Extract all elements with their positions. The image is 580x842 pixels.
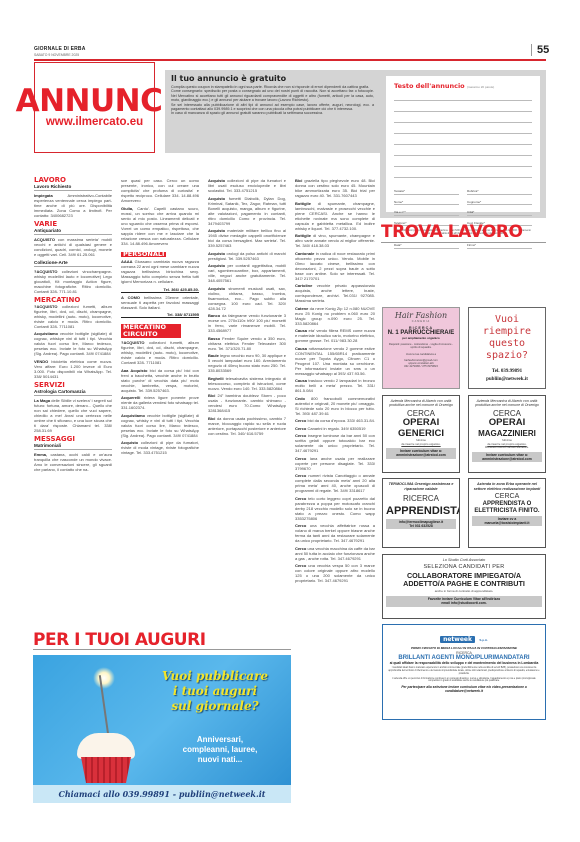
classified-ad: Bici da donna usata pochissimo, cambio 7… <box>208 416 286 436</box>
classified-ad: Acquistiamo vecchie bottiglie (sigillate… <box>34 331 112 356</box>
job-requirement: Richiesto utilizzo carrello elevatore. <box>472 446 542 449</box>
category-mercatino: MERCATINO <box>34 298 112 303</box>
masthead: GIORNALE DI ERBA SABATO 9 NOVEMBRE 2025 <box>34 46 86 57</box>
ad-text-line[interactable] <box>394 101 532 112</box>
ad-space-available[interactable]: Vuoi riempire questo spazio? Tel. 039.99… <box>468 307 546 389</box>
job-role: APPRENDISTA O ELETTRICISTA FINITO. <box>472 501 542 514</box>
job-role: ADDETTO/A PAGHE E CONTRIBUTI <box>386 580 542 588</box>
job-offer: L'azienda offre un percorso di formazion… <box>388 678 540 684</box>
ad-text-line[interactable] <box>394 167 532 178</box>
testata-field[interactable]: Testata* <box>394 184 459 195</box>
classified-ad: Acquistiamo vecchie bottiglie (sigillate… <box>121 413 199 438</box>
ricerca-label: RICERCA <box>386 494 456 503</box>
cognome-field[interactable]: Cognome* <box>467 195 532 206</box>
issue-date: SABATO 9 NOVEMBRE 2025 <box>34 53 86 57</box>
classified-ad-continued: sce quasi per caso. Cerco un uomo presen… <box>121 178 199 203</box>
subcategory-lavoro-richiesto: Lavoro Richiesto <box>34 184 112 191</box>
classified-ad: Acquisto collezioni di pipe da fumatori,… <box>121 440 199 455</box>
job-sub: per ampliamento organico <box>386 336 456 340</box>
classified-ad: ?ACQUISTO collezioni fumetti, album figu… <box>34 304 112 329</box>
info-paragraph: Come consegnarlo: spediscilo per posta o… <box>171 89 374 102</box>
classified-ad: Causa eta' vendo filiera REMS come nuova… <box>295 328 375 343</box>
apply-band[interactable]: Inviare curriculum vitae a: amministrazi… <box>386 448 456 458</box>
category-messaggi: MESSAGGI <box>34 437 112 442</box>
apply-band[interactable]: info@termoclimapugliese.it Tel 031 63252… <box>386 519 456 529</box>
ad-text-line[interactable] <box>394 145 532 156</box>
classified-ad: Cerco bici da corsa d'epoca. 333/ 463.31… <box>295 418 375 423</box>
apply-band[interactable]: Inviare curriculum vitae a: amministrazi… <box>472 452 542 462</box>
column-2: sce quasi per caso. Cerco un uomo presen… <box>121 178 199 458</box>
ad-coupon-form: Testo dell'annuncio (massimo 20 parole) … <box>386 76 540 212</box>
classified-ad: Acquisto strumenti musicali usati, sax, … <box>208 286 286 311</box>
apply-cta[interactable]: Per partecipare alla selezione inviare c… <box>388 685 540 693</box>
category-mercatino-circuito: MERCATINO CIRCUITO <box>121 324 181 338</box>
rubrica-field[interactable]: Rubrica* <box>467 184 532 195</box>
classified-ad: Cedo 800 francobolli commemorativi auten… <box>295 396 375 416</box>
netweek-logo: netweek <box>440 636 475 643</box>
ad-text-line[interactable] <box>394 90 532 101</box>
classified-ad: Acquisto fumetti Diabolik, Dylan Dog, Kr… <box>208 196 286 226</box>
classified-ad: Cerco insegne luminose da bar anni 50 co… <box>295 433 375 453</box>
classified-ad: Giulia, Cantu'. Capelli castano scuro, m… <box>121 206 199 246</box>
classified-ad: Cerco lana anche usata per realizzare co… <box>295 456 375 471</box>
auguri-heading: PER I TUOI AUGURI <box>33 630 206 650</box>
classified-ad: La Maga delle Sibille vi svelera' i segr… <box>34 398 112 433</box>
job-note: anche in forma di contratto di apprendis… <box>386 589 542 593</box>
job-role: APPRENDISTA <box>386 505 456 517</box>
classified-ad: Causa rottamazione vendo 2 gomme estive … <box>295 346 375 376</box>
subcategory-matrimoniali: Matrimoniali <box>34 443 112 450</box>
classified-ad: Bottiglie di vino, spumante, champagne e… <box>295 233 375 248</box>
phone-number: Tel. 366/ 425.85.30. <box>121 287 199 293</box>
hair-fashion-logo: Hair Fashion <box>386 311 456 320</box>
job-responsibility: ai quali affidare la responsabilità dell… <box>388 661 540 665</box>
ad-text-line[interactable] <box>394 156 532 167</box>
company-intro: TERMOCLIMA Orsenigo assistenza e riparaz… <box>386 482 456 492</box>
hair-brand-sub: CAMERIA <box>386 320 456 323</box>
space-line: Vuoi riempire <box>472 314 542 338</box>
sparkler-icon <box>93 667 115 689</box>
classified-ad: Bici graziella tipo pieghevole euro 48. … <box>295 178 375 198</box>
classified-ad: Catene da neve Konig Zip 12 n.080 NUOVE … <box>295 306 375 326</box>
classified-ad: AAAA Giussano cambiata nuova ragazza cor… <box>121 259 199 284</box>
free-ad-info: Il tuo annuncio è gratuito Compila quest… <box>165 70 380 153</box>
job-role: OPERAI <box>472 418 542 429</box>
classified-ad: Causa trasloco vendo 2 lampadari in bron… <box>295 378 375 393</box>
via-field[interactable]: Via e n°* <box>394 205 459 216</box>
column-4: Bici graziella tipo pieghevole euro 48. … <box>295 178 375 586</box>
column-3: Acquisto collezioni di pipe da fumatori … <box>208 178 286 438</box>
classified-ad: Cerco numeri rivista Canottaggio o annat… <box>295 473 375 493</box>
job-note: da inserire nel proprio organico. <box>401 442 440 446</box>
banner-contact[interactable]: Chiamaci allo 039.99891 - publiin@netwee… <box>33 785 291 803</box>
classified-ad: Aaa Acquisto bici da corsa piu' bici con… <box>121 368 199 393</box>
ad-studio-corti[interactable]: Lo Studio Corti Associato SELEZIONA CAND… <box>382 554 546 619</box>
classified-ad: Beghelli telesalvavita sistema integrato… <box>208 376 286 391</box>
citta-field[interactable]: Città* <box>467 205 532 216</box>
classified-ad: Acquisto collezioni di pipe da fumatori … <box>208 178 286 193</box>
annunci-title: ANNUNCI <box>16 86 174 116</box>
company-intro: Azienda Meccanica di Alserio con unità p… <box>386 399 456 407</box>
website-link[interactable]: www.ilmercato.eu <box>46 116 143 129</box>
category-personali: PERSONALI <box>121 252 166 257</box>
company-intro: Lo Studio Corti Associato <box>386 558 542 562</box>
subcategory-antiquariato: Antiquariato <box>34 228 112 235</box>
classified-ad: Cerco una vecchia affettatrice rossa a v… <box>295 523 375 543</box>
nome-field[interactable]: Nome* <box>394 195 459 206</box>
classified-ad: ACQUISTO con massima serieta' mobili vec… <box>34 237 112 257</box>
header-divider <box>34 59 546 61</box>
classified-ad: Acquerelli riviera ligure ponente prove … <box>121 395 199 410</box>
classified-ad: Cerco una vecchia vespa 50 con 3 marce c… <box>295 563 375 583</box>
classified-ad: Cerco telo corto leggero copri pozzetto … <box>295 496 375 521</box>
column-1: LAVORO Lavoro Richiesto Impiegata Ammini… <box>34 178 112 474</box>
ad-text-line[interactable] <box>394 123 532 134</box>
newspaper-name: GIORNALE DI ERBA <box>34 46 86 52</box>
classified-ad: A COMO bellissima 23enne orientale, sens… <box>121 295 199 310</box>
classified-ad: Cantonale in radica di noce restaurato p… <box>295 251 375 281</box>
company-intro: Azienda in zona Erba operante nel settor… <box>472 482 542 492</box>
category-lavoro: LAVORO <box>34 178 112 183</box>
space-line: spazio? <box>472 350 542 362</box>
phone-number: Tel. 338/ 8711595 <box>121 312 199 318</box>
section-divider <box>33 649 291 650</box>
ad-netweek[interactable]: netweek S.p.A. PRIMO CIRCUITO DI MEDIA L… <box>382 624 546 720</box>
classified-ad: Impiegata Amministrativo-Contabile esper… <box>34 193 112 218</box>
banner-question: Vuoi pubblicare i tuoi auguri sul giorna… <box>145 669 285 714</box>
classified-ad: Acquisto orologi da polso antichi di mar… <box>208 251 286 261</box>
space-line: questo <box>472 338 542 350</box>
apply-label: Invia la tua candidatura a <box>386 353 456 356</box>
banner-occasions: Anniversari, compleanni, lauree, nuovi n… <box>155 735 285 765</box>
ad-operai-generici[interactable]: Azienda Meccanica di Alserio con unità p… <box>382 395 460 473</box>
page-number: 55 <box>531 44 549 56</box>
apply-band[interactable]: Favorite inviare Curriculum Vitae all'in… <box>386 596 542 607</box>
cupcake-icon <box>77 733 135 759</box>
job-role: BRILLANTI AGENTI MONO/PLURIMANDATARI <box>388 655 540 661</box>
classified-ad: Baule legno vecchio euro 90, 30 applique… <box>208 353 286 373</box>
trova-lavoro-heading: TROVA LAVORO <box>381 222 522 242</box>
classified-ad: ?ACQUISTO collezioni fumetti, album figu… <box>121 340 199 365</box>
info-title: Il tuo annuncio è gratuito <box>171 74 374 83</box>
classified-ad: Basso Fender Squire vendo a 350 euro, ch… <box>208 336 286 351</box>
ad-operai-magazzinieri[interactable]: Azienda Meccanica di Alserio con unità p… <box>468 395 546 473</box>
coupon-fields: Testata* Rubrica* Nome* Cognome* Via e n… <box>394 184 532 226</box>
seleziona-label: SELEZIONA CANDIDATI PER <box>386 564 542 570</box>
classified-ad: Bici 24" bambina doublezz Storm - poco u… <box>208 393 286 413</box>
category-servizi: SERVIZI <box>34 383 112 388</box>
ad-elettricista[interactable]: Azienda in zona Erba operante nel settor… <box>468 478 546 548</box>
classified-ad: Emma, castana, occhi caldi e un'aura tra… <box>34 452 112 472</box>
job-requirements: I candidati ideali hanno maturato esperi… <box>388 667 540 676</box>
section-divider <box>381 242 546 243</box>
ad-termoclima[interactable]: TERMOCLIMA Orsenigo assistenza e riparaz… <box>382 478 460 548</box>
classified-ad: ?ACQUISTO collezioni vinochampagne- whis… <box>34 269 112 294</box>
cupcake-cup <box>81 757 131 783</box>
classified-ad: VENDO bicicletta elettrica come nuova. V… <box>34 359 112 379</box>
classified-ad: Cerco una vecchia macchina da caffe da b… <box>295 546 375 561</box>
category-varie: VARIE <box>34 222 112 227</box>
classified-ad: Acquisto per contanti oggettistica, mobi… <box>208 263 286 283</box>
classified-ad: Bottiglie di spumante, champagne, lambru… <box>295 201 375 231</box>
ad-text-line[interactable] <box>394 134 532 145</box>
coupon-title: Testo dell'annuncio (massimo 20 parole) <box>394 82 532 90</box>
subcategory-collezione-arte: Collezione-Arte <box>34 260 112 267</box>
info-paragraph: Se sei interessato alla pubblicazione di… <box>171 103 374 112</box>
cerca-label: CERCA <box>472 493 542 500</box>
coupon-hint: (massimo 20 parole) <box>467 85 494 89</box>
info-paragraph: In caso di mancanza di spazio gli annunc… <box>171 111 374 115</box>
company-intro: Azienda Meccanica di Alserio con unità p… <box>472 399 542 407</box>
classified-ad: Cartoline vecchie privato appassionato a… <box>295 283 375 303</box>
classified-ad: Banco da falegname vendo funzionante 3 m… <box>208 313 286 333</box>
annunci-logo-box: ANNUNCI www.ilmercato.eu <box>34 62 155 153</box>
ad-text-line[interactable] <box>394 112 532 123</box>
classified-ad: Acquisto materiale militare bellico fino… <box>208 228 286 248</box>
contact-phones: 031 4479480 / 375 8970824 <box>386 365 456 368</box>
classified-ad: Cerco Canarini in regalo. 349/ 6350519 <box>295 426 375 431</box>
job-requirements: Requisiti: passione - motivazione - vogl… <box>386 343 456 350</box>
apply-band[interactable]: Inviare cv a manuela@bosisioimpianti.it <box>472 516 542 526</box>
ad-hair-fashion[interactable]: Hair Fashion CAMERIA RICERCA N. 1 PARRUC… <box>382 307 460 389</box>
auguri-banner[interactable]: Vuoi pubblicare i tuoi auguri sul giorna… <box>33 655 291 803</box>
netweek-spa: S.p.A. <box>479 638 488 642</box>
coupon-frame: Testo dell'annuncio (massimo 20 parole) … <box>380 70 546 218</box>
space-contact: Tel. 039.99891 publiin@netweek.it <box>472 368 542 384</box>
subcategory-astrologia: Astrologia Cartomanzia <box>34 389 112 396</box>
